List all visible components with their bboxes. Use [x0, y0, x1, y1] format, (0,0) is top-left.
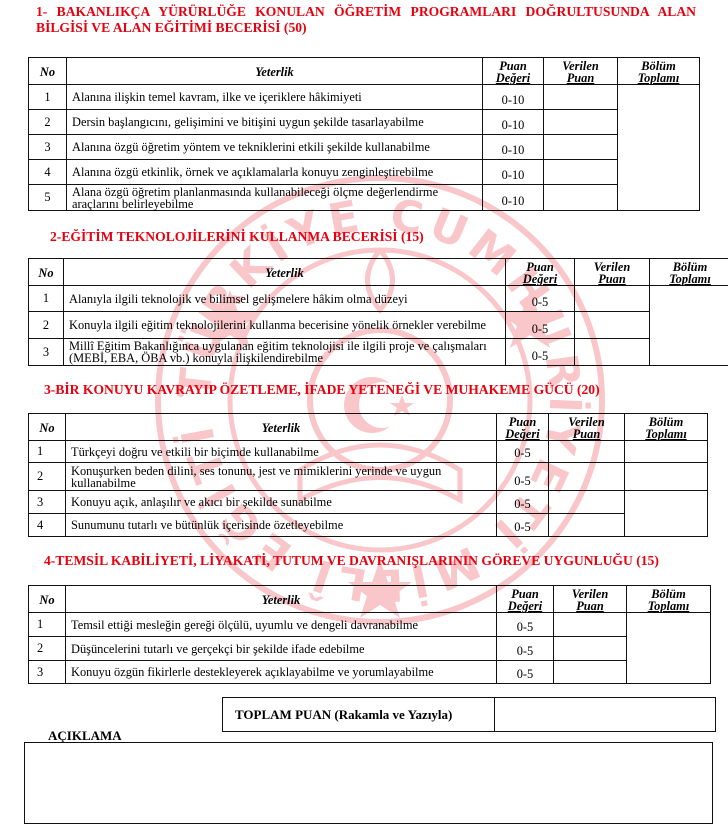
row-no: 3 [29, 135, 67, 160]
row-puan-degeri: 0-10 [483, 135, 544, 160]
section-2-title: 2-EĞİTİM TEKNOLOJİLERİNİ KULLANMA BECERİ… [50, 229, 424, 245]
section-4-title: 4-TEMSİL KABİLİYETİ, LİYAKATİ, TUTUM VE … [44, 553, 659, 569]
row-no: 2 [29, 463, 66, 491]
total-score-label: TOPLAM PUAN (Rakamla ve Yazıyla) [223, 698, 495, 731]
table-row: 2 Düşüncelerini tutarlı ve gerçekçi bir … [29, 637, 711, 661]
row-puan-degeri: 0-10 [483, 110, 544, 135]
section-1-table: No Yeterlik PuanDeğeri VerilenPuan Bölüm… [28, 57, 700, 211]
row-no: 1 [29, 85, 67, 110]
col-no: No [29, 586, 66, 613]
row-no: 1 [29, 613, 66, 637]
row-text: Konuyla ilgili eğitim teknolojilerini ku… [64, 312, 506, 339]
verilen-puan-input[interactable] [549, 463, 625, 491]
row-text: Millî Eğitim Bakanlığınca uygulanan eğit… [64, 339, 506, 366]
col-puan-degeri: PuanDeğeri [506, 259, 575, 286]
row-puan-degeri: 0-5 [497, 491, 549, 514]
col-yeterlik: Yeterlik [66, 586, 497, 613]
verilen-puan-input[interactable] [544, 135, 618, 160]
row-no: 2 [29, 312, 64, 339]
row-puan-degeri: 0-10 [483, 185, 544, 211]
verilen-puan-input[interactable] [544, 185, 618, 211]
row-puan-degeri: 0-5 [497, 441, 549, 463]
row-puan-degeri: 0-10 [483, 160, 544, 185]
col-no: No [29, 259, 64, 286]
row-text: Alanına ilişkin temel kavram, ilke ve iç… [67, 85, 483, 110]
row-text: Türkçeyi doğru ve etkili bir biçimde kul… [66, 441, 497, 463]
verilen-puan-input[interactable] [554, 613, 627, 637]
bolum-toplami-input[interactable] [627, 613, 711, 684]
col-bolum-toplami: BölümToplamı [618, 58, 700, 85]
row-text: Alanına özgü etkinlik, örnek ve açıklama… [67, 160, 483, 185]
col-bolum-toplami: BölümToplamı [650, 259, 728, 286]
total-score-box: TOPLAM PUAN (Rakamla ve Yazıyla) [222, 697, 716, 732]
row-text: Sunumunu tutarlı ve bütünlük içerisinde … [66, 514, 497, 537]
table-row: 3 Konuyu açık, anlaşılır ve akıcı bir şe… [29, 491, 708, 514]
col-bolum-toplami: BölümToplamı [625, 414, 708, 441]
col-yeterlik: Yeterlik [64, 259, 506, 286]
col-no: No [29, 58, 67, 85]
row-no: 1 [29, 441, 66, 463]
col-puan-degeri: PuanDeğeri [497, 586, 554, 613]
table-row: 1 Türkçeyi doğru ve etkili bir biçimde k… [29, 441, 708, 463]
col-verilen-puan: VerilenPuan [554, 586, 627, 613]
table-row: 2 Konuşurken beden dilini, ses tonunu, j… [29, 463, 708, 491]
col-verilen-puan: VerilenPuan [549, 414, 625, 441]
row-no: 5 [29, 185, 67, 211]
table-row: 4 Sunumunu tutarlı ve bütünlük içerisind… [29, 514, 708, 537]
row-puan-degeri: 0-5 [506, 339, 575, 366]
section-3-title: 3-BİR KONUYU KAVRAYIP ÖZETLEME, İFADE YE… [44, 382, 600, 398]
col-verilen-puan: VerilenPuan [575, 259, 650, 286]
verilen-puan-input[interactable] [544, 110, 618, 135]
row-no: 1 [29, 286, 64, 312]
section-2-table: No Yeterlik PuanDeğeri VerilenPuan Bölüm… [28, 258, 728, 366]
row-text: Alanıyla ilgili teknolojik ve bilimsel g… [64, 286, 506, 312]
col-puan-degeri: PuanDeğeri [483, 58, 544, 85]
verilen-puan-input[interactable] [554, 637, 627, 661]
table-row: 3 Konuyu özgün fikirlerle destekleyerek … [29, 661, 711, 684]
verilen-puan-input[interactable] [549, 491, 625, 514]
row-puan-degeri: 0-10 [483, 85, 544, 110]
row-text: Dersin başlangıcını, gelişimini ve bitiş… [67, 110, 483, 135]
table-row: 5 Alana özgü öğretim planlanmasında kull… [29, 185, 700, 211]
table-row: 2 Konuyla ilgili eğitim teknolojilerini … [29, 312, 728, 339]
row-no: 2 [29, 637, 66, 661]
row-no: 2 [29, 110, 67, 135]
table-row: 3 Millî Eğitim Bakanlığınca uygulanan eğ… [29, 339, 728, 366]
row-puan-degeri: 0-5 [497, 637, 554, 661]
row-puan-degeri: 0-5 [506, 286, 575, 312]
col-no: No [29, 414, 66, 441]
row-text: Konuyu özgün fikirlerle destekleyerek aç… [66, 661, 497, 684]
bolum-toplami-input[interactable] [618, 85, 700, 211]
verilen-puan-input[interactable] [544, 160, 618, 185]
row-text: Temsil ettiği mesleğin gereği ölçülü, uy… [66, 613, 497, 637]
bolum-toplami-input[interactable] [625, 441, 708, 463]
row-text: Konuyu açık, anlaşılır ve akıcı bir şeki… [66, 491, 497, 514]
verilen-puan-input[interactable] [554, 661, 627, 684]
row-no: 4 [29, 514, 66, 537]
table-row: 1 Alanıyla ilgili teknolojik ve bilimsel… [29, 286, 728, 312]
row-puan-degeri: 0-5 [497, 463, 549, 491]
section-4-table: No Yeterlik PuanDeğeri VerilenPuan Bölüm… [28, 585, 711, 684]
bolum-toplami-input[interactable] [625, 463, 708, 491]
total-score-input[interactable] [495, 698, 715, 731]
col-yeterlik: Yeterlik [67, 58, 483, 85]
row-no: 3 [29, 491, 66, 514]
table-row: 4 Alanına özgü etkinlik, örnek ve açıkla… [29, 160, 700, 185]
verilen-puan-input[interactable] [575, 339, 650, 366]
section-1-title: 1- BAKANLIKÇA YÜRÜRLÜĞE KONULAN ÖĞRETİM … [36, 4, 696, 36]
table-row: 3 Alanına özgü öğretim yöntem ve teknikl… [29, 135, 700, 160]
row-text: Konuşurken beden dilini, ses tonunu, jes… [66, 463, 497, 491]
row-text: Alanına özgü öğretim yöntem ve teknikler… [67, 135, 483, 160]
row-puan-degeri: 0-5 [506, 312, 575, 339]
verilen-puan-input[interactable] [575, 286, 650, 312]
row-text: Düşüncelerini tutarlı ve gerçekçi bir şe… [66, 637, 497, 661]
explanation-textarea[interactable] [24, 742, 713, 824]
bolum-toplami-input[interactable] [650, 286, 728, 366]
verilen-puan-input[interactable] [575, 312, 650, 339]
section-3-table: No Yeterlik PuanDeğeri VerilenPuan Bölüm… [28, 413, 708, 537]
row-puan-degeri: 0-5 [497, 613, 554, 637]
table-row: 1 Temsil ettiği mesleğin gereği ölçülü, … [29, 613, 711, 637]
row-puan-degeri: 0-5 [497, 661, 554, 684]
verilen-puan-input[interactable] [549, 514, 625, 537]
col-puan-degeri: PuanDeğeri [497, 414, 549, 441]
row-no: 3 [29, 661, 66, 684]
verilen-puan-input[interactable] [549, 441, 625, 463]
row-text: Alana özgü öğretim planlanmasında kullan… [67, 185, 483, 211]
row-puan-degeri: 0-5 [497, 514, 549, 537]
table-row: 2 Dersin başlangıcını, gelişimini ve bit… [29, 110, 700, 135]
col-verilen-puan: VerilenPuan [544, 58, 618, 85]
table-row: 1 Alanına ilişkin temel kavram, ilke ve … [29, 85, 700, 110]
col-yeterlik: Yeterlik [66, 414, 497, 441]
verilen-puan-input[interactable] [544, 85, 618, 110]
row-no: 4 [29, 160, 67, 185]
row-no: 3 [29, 339, 64, 366]
bolum-toplami-input[interactable] [625, 491, 708, 537]
col-bolum-toplami: BölümToplamı [627, 586, 711, 613]
